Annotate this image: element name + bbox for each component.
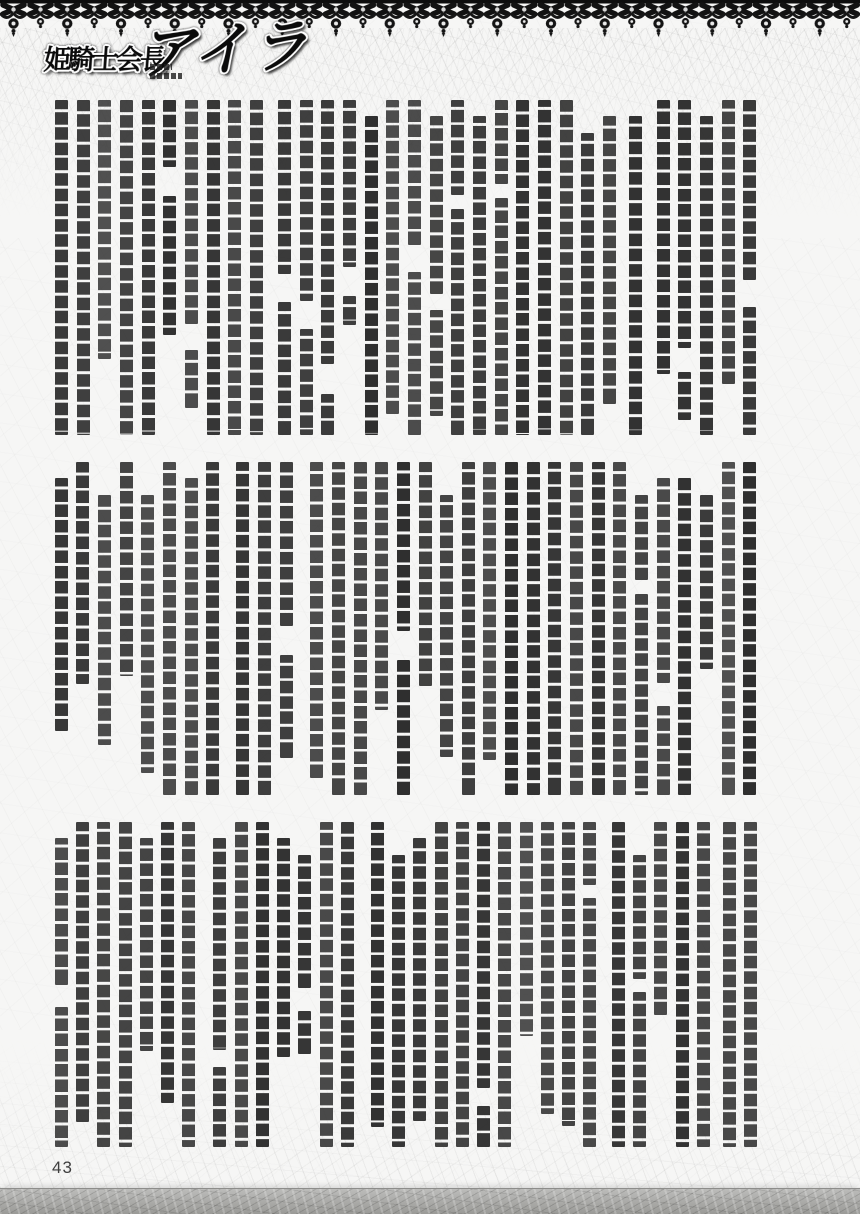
vertical-text-column — [743, 462, 757, 795]
text-run-placeholder — [256, 822, 269, 1147]
vertical-text-column — [473, 100, 487, 435]
vertical-text-column — [55, 100, 69, 435]
text-run-placeholder — [440, 495, 453, 757]
subtitle-line — [150, 73, 182, 79]
vertical-text-column — [603, 100, 617, 435]
text-run-placeholder — [495, 198, 508, 435]
vertical-text-column — [141, 462, 155, 795]
text-run-placeholder — [235, 822, 248, 1147]
text-run-placeholder — [119, 822, 132, 1147]
text-run-placeholder — [207, 100, 220, 435]
vertical-text-column — [120, 100, 134, 435]
text-run-placeholder — [723, 822, 736, 1147]
vertical-text-column — [386, 100, 400, 435]
vertical-text-band-1 — [55, 100, 757, 435]
vertical-text-column — [613, 462, 627, 795]
text-run-placeholder — [408, 272, 421, 435]
vertical-text-column — [676, 822, 689, 1147]
text-run-placeholder — [570, 462, 583, 795]
text-run-placeholder — [141, 495, 154, 773]
vertical-text-column — [332, 462, 346, 795]
text-run-placeholder — [520, 822, 533, 1036]
vertical-text-column — [700, 100, 714, 435]
text-run-placeholder — [163, 100, 176, 167]
text-run-placeholder — [477, 822, 490, 1088]
vertical-text-column — [722, 100, 736, 435]
text-run-placeholder — [592, 462, 605, 795]
vertical-text-column — [612, 822, 625, 1147]
text-run-placeholder — [300, 100, 313, 301]
vertical-text-column — [538, 100, 552, 435]
text-run-placeholder — [430, 116, 443, 294]
text-run-placeholder — [332, 462, 345, 795]
text-run-placeholder — [483, 462, 496, 760]
vertical-text-column — [562, 822, 575, 1147]
vertical-text-column — [408, 100, 422, 435]
vertical-text-column — [236, 462, 250, 795]
text-run-placeholder — [185, 478, 198, 795]
vertical-text-column — [413, 822, 426, 1147]
vertical-text-column — [629, 100, 643, 435]
text-run-placeholder — [583, 822, 596, 885]
text-run-placeholder — [477, 1106, 490, 1147]
text-run-placeholder — [120, 462, 133, 676]
text-run-placeholder — [213, 1067, 226, 1147]
vertical-text-column — [97, 822, 110, 1147]
text-run-placeholder — [365, 116, 378, 435]
text-run-placeholder — [140, 838, 153, 1051]
text-run-placeholder — [97, 822, 110, 1147]
text-run-placeholder — [280, 462, 293, 626]
text-run-placeholder — [435, 822, 448, 1147]
text-run-placeholder — [98, 100, 111, 359]
vertical-text-column — [548, 462, 562, 795]
vertical-text-column — [320, 822, 333, 1147]
vertical-text-column — [277, 822, 290, 1147]
subtitle-line — [150, 64, 172, 70]
vertical-text-column — [700, 462, 714, 795]
vertical-text-column — [55, 822, 68, 1147]
text-run-placeholder — [278, 302, 291, 435]
vertical-text-column — [397, 462, 411, 795]
text-run-placeholder — [629, 116, 642, 435]
text-run-placeholder — [280, 655, 293, 758]
vertical-text-column — [258, 462, 272, 795]
text-run-placeholder — [120, 100, 133, 435]
vertical-text-column — [435, 822, 448, 1147]
vertical-text-column — [520, 822, 533, 1147]
vertical-text-column — [310, 462, 324, 795]
vertical-text-column — [498, 822, 511, 1147]
vertical-text-column — [723, 822, 736, 1147]
text-run-placeholder — [743, 307, 756, 435]
text-run-placeholder — [55, 100, 68, 435]
vertical-text-column — [185, 100, 199, 435]
text-run-placeholder — [206, 462, 219, 795]
text-run-placeholder — [375, 462, 388, 710]
vertical-text-column — [280, 462, 294, 795]
text-run-placeholder — [320, 822, 333, 1147]
vertical-text-column — [182, 822, 195, 1147]
text-run-placeholder — [142, 100, 155, 435]
vertical-text-band-2 — [55, 462, 757, 795]
scan-edge-strip — [0, 1188, 860, 1214]
text-run-placeholder — [182, 822, 195, 1147]
text-run-placeholder — [722, 462, 735, 795]
vertical-text-column — [161, 822, 174, 1147]
vertical-text-column — [341, 822, 354, 1147]
vertical-text-column — [185, 462, 199, 795]
title-logo-subtitle-redacted — [150, 64, 182, 79]
text-run-placeholder — [583, 898, 596, 1147]
text-run-placeholder — [430, 310, 443, 416]
text-run-placeholder — [697, 822, 710, 1147]
text-run-placeholder — [612, 822, 625, 1147]
text-run-placeholder — [278, 100, 291, 274]
vertical-text-column — [392, 822, 405, 1147]
text-run-placeholder — [343, 296, 356, 325]
text-run-placeholder — [321, 100, 334, 364]
vertical-text-column — [98, 100, 112, 435]
text-run-placeholder — [744, 822, 757, 1147]
text-run-placeholder — [462, 462, 475, 795]
text-run-placeholder — [392, 855, 405, 1147]
vertical-text-column — [213, 822, 226, 1147]
vertical-text-column — [256, 822, 269, 1147]
text-run-placeholder — [298, 1011, 311, 1054]
vertical-text-column — [98, 462, 112, 795]
text-run-placeholder — [743, 462, 756, 795]
vertical-text-column — [581, 100, 595, 435]
title-logo: 姫騎士会長 アイラ — [44, 22, 304, 112]
text-run-placeholder — [451, 100, 464, 195]
vertical-text-column — [278, 100, 292, 435]
text-run-placeholder — [185, 100, 198, 324]
vertical-text-column — [495, 100, 509, 435]
text-run-placeholder — [538, 100, 551, 435]
text-run-placeholder — [298, 855, 311, 988]
page-number: 43 — [52, 1158, 73, 1178]
text-run-placeholder — [527, 462, 540, 795]
vertical-text-column — [440, 462, 454, 795]
text-run-placeholder — [495, 100, 508, 184]
text-run-placeholder — [722, 100, 735, 384]
vertical-text-column — [206, 462, 220, 795]
text-run-placeholder — [613, 462, 626, 795]
text-run-placeholder — [213, 838, 226, 1050]
vertical-text-column — [744, 822, 757, 1147]
vertical-text-column — [483, 462, 497, 795]
vertical-text-column — [592, 462, 606, 795]
text-run-placeholder — [743, 100, 756, 280]
vertical-text-column — [633, 822, 646, 1147]
vertical-text-column — [541, 822, 554, 1147]
vertical-text-column — [560, 100, 574, 435]
vertical-text-column — [207, 100, 221, 435]
text-run-placeholder — [77, 100, 90, 435]
text-run-placeholder — [163, 196, 176, 335]
text-run-placeholder — [236, 462, 249, 795]
vertical-text-column — [343, 100, 357, 435]
vertical-text-column — [451, 100, 465, 435]
text-run-placeholder — [161, 822, 174, 1103]
text-run-placeholder — [581, 133, 594, 435]
text-run-placeholder — [700, 116, 713, 435]
text-run-placeholder — [541, 822, 554, 1114]
text-run-placeholder — [657, 706, 670, 795]
text-run-placeholder — [55, 1007, 68, 1147]
text-run-placeholder — [657, 100, 670, 374]
vertical-text-column — [477, 822, 490, 1147]
text-run-placeholder — [633, 992, 646, 1147]
vertical-text-column — [678, 100, 692, 435]
vertical-text-column — [570, 462, 584, 795]
text-run-placeholder — [654, 822, 667, 1015]
text-run-placeholder — [560, 100, 573, 435]
text-run-placeholder — [76, 822, 89, 1122]
text-run-placeholder — [516, 100, 529, 435]
text-run-placeholder — [98, 495, 111, 745]
text-run-placeholder — [250, 100, 263, 435]
text-run-placeholder — [498, 822, 511, 1147]
text-run-placeholder — [451, 209, 464, 435]
text-run-placeholder — [505, 462, 518, 795]
text-run-placeholder — [678, 372, 691, 419]
vertical-text-column — [354, 462, 368, 795]
text-run-placeholder — [635, 495, 648, 580]
vertical-text-column — [140, 822, 153, 1147]
vertical-text-column — [76, 462, 90, 795]
text-run-placeholder — [321, 394, 334, 435]
vertical-text-column — [654, 822, 667, 1147]
vertical-text-band-3 — [55, 822, 757, 1147]
vertical-text-column — [678, 462, 692, 795]
vertical-text-column — [583, 822, 596, 1147]
text-run-placeholder — [185, 350, 198, 408]
text-run-placeholder — [635, 594, 648, 795]
text-run-placeholder — [310, 462, 323, 778]
vertical-text-column — [635, 462, 649, 795]
text-run-placeholder — [657, 478, 670, 683]
vertical-text-column — [120, 462, 134, 795]
vertical-text-column — [375, 462, 389, 795]
vertical-text-column — [516, 100, 530, 435]
vertical-text-column — [743, 100, 757, 435]
text-run-placeholder — [397, 462, 410, 631]
text-run-placeholder — [76, 462, 89, 684]
text-run-placeholder — [277, 838, 290, 1057]
text-run-placeholder — [700, 495, 713, 669]
text-run-placeholder — [562, 822, 575, 1126]
text-run-placeholder — [456, 822, 469, 1147]
vertical-text-column — [456, 822, 469, 1147]
text-run-placeholder — [548, 462, 561, 795]
vertical-text-column — [505, 462, 519, 795]
vertical-text-column — [657, 462, 671, 795]
vertical-text-column — [228, 100, 242, 435]
text-run-placeholder — [163, 462, 176, 795]
vertical-text-column — [235, 822, 248, 1147]
text-run-placeholder — [258, 462, 271, 795]
vertical-text-column — [657, 100, 671, 435]
text-run-placeholder — [473, 116, 486, 435]
vertical-text-column — [298, 822, 311, 1147]
text-run-placeholder — [603, 116, 616, 404]
vertical-text-column — [119, 822, 132, 1147]
text-run-placeholder — [633, 855, 646, 979]
text-run-placeholder — [55, 478, 68, 731]
vertical-text-column — [163, 100, 177, 435]
vertical-text-column — [419, 462, 433, 795]
text-run-placeholder — [678, 478, 691, 795]
vertical-text-column — [250, 100, 264, 435]
vertical-text-column — [55, 462, 68, 795]
vertical-text-column — [300, 100, 314, 435]
text-run-placeholder — [341, 822, 354, 1147]
text-run-placeholder — [354, 462, 367, 795]
text-run-placeholder — [371, 822, 384, 1127]
vertical-text-column — [371, 822, 384, 1147]
vertical-text-column — [365, 100, 379, 435]
text-run-placeholder — [408, 100, 421, 245]
text-run-placeholder — [413, 838, 426, 1121]
text-run-placeholder — [343, 100, 356, 267]
text-run-placeholder — [397, 660, 410, 795]
vertical-text-column — [527, 462, 541, 795]
vertical-text-column — [142, 100, 156, 435]
vertical-text-column — [430, 100, 444, 435]
text-run-placeholder — [55, 838, 68, 985]
vertical-text-column — [462, 462, 476, 795]
vertical-text-column — [321, 100, 335, 435]
text-run-placeholder — [386, 100, 399, 414]
text-run-placeholder — [419, 462, 432, 686]
vertical-text-column — [77, 100, 91, 435]
vertical-text-column — [722, 462, 736, 795]
text-run-placeholder — [300, 329, 313, 435]
text-run-placeholder — [678, 100, 691, 348]
text-run-placeholder — [228, 100, 241, 435]
vertical-text-column — [697, 822, 710, 1147]
text-run-placeholder — [676, 822, 689, 1147]
vertical-text-column — [76, 822, 89, 1147]
scanned-novel-page: 姫騎士会長 アイラ 43 — [0, 0, 860, 1214]
vertical-text-column — [163, 462, 177, 795]
